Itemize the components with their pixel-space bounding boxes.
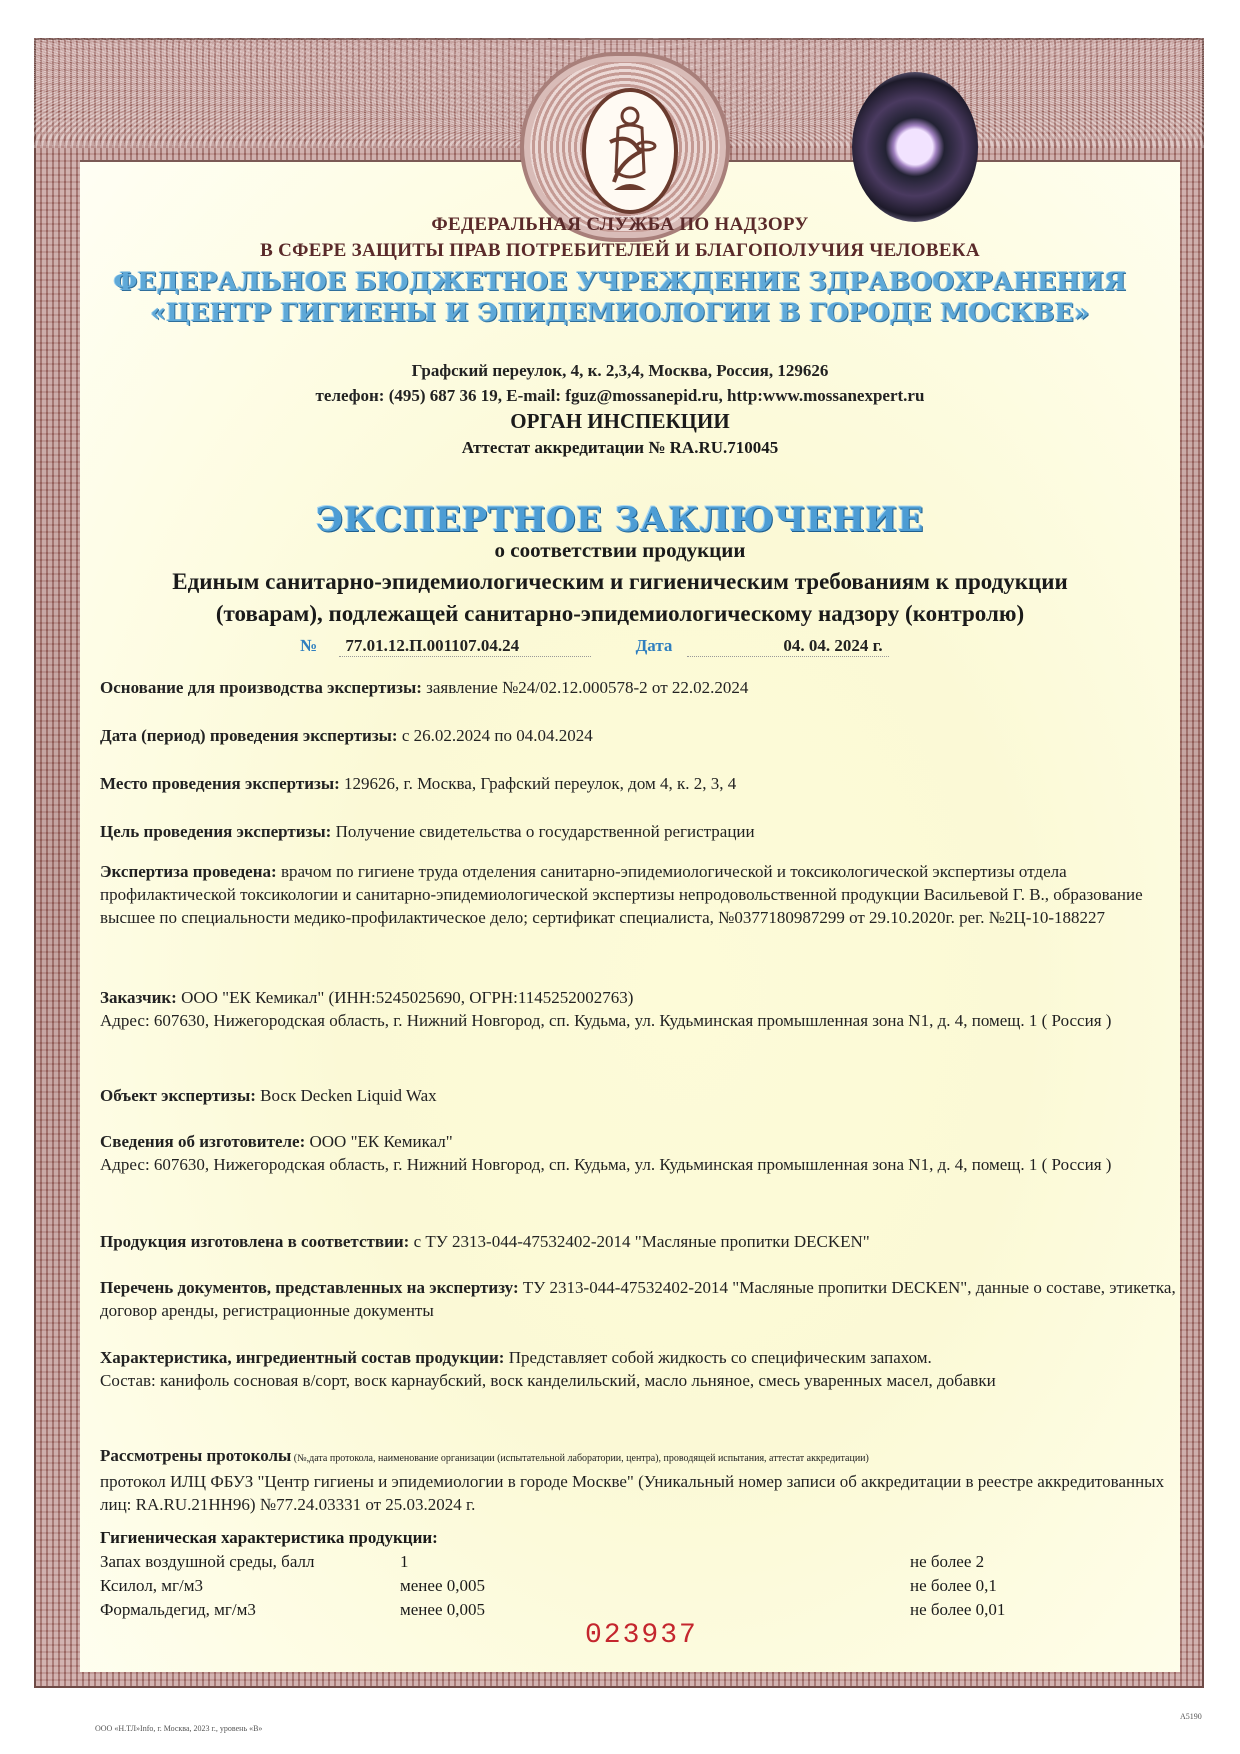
section-extra: Адрес: 607630, Нижегородская область, г.… [100,1009,1180,1032]
section-value: Получение свидетельства о государственно… [331,822,754,841]
date-label: Дата [636,636,673,655]
expertise-section: Сведения об изготовителе: ООО "ЕК Кемика… [100,1130,1180,1176]
indicator-value: менее 0,005 [400,1576,485,1596]
accreditation-number: Аттестат аккредитации № RA.RU.710045 [0,438,1240,458]
section-label: Дата (период) проведения экспертизы: [100,726,398,745]
document-subtitle: о соответствии продукции [0,538,1240,563]
indicator-name: Ксилол, мг/м3 [100,1576,203,1596]
institution-contacts: Графский переулок, 4, к. 2,3,4, Москва, … [0,358,1240,408]
hygiene-row: Ксилол, мг/м3менее 0,005не более 0,1 [100,1576,1060,1599]
expertise-section: Экспертиза проведена: врачом по гигиене … [100,860,1180,929]
indicator-norm: не более 0,1 [910,1576,997,1596]
section-label: Место проведения экспертизы: [100,774,340,793]
hologram-seal-icon [852,72,978,222]
hygiene-row: Формальдегид, мг/м3менее 0,005не более 0… [100,1600,1060,1623]
section-label: Экспертиза проведена: [100,862,277,881]
expertise-section: Характеристика, ингредиентный состав про… [100,1346,1180,1392]
section-value: заявление №24/02.12.000578-2 от 22.02.20… [422,678,748,697]
section-label: Заказчик: [100,988,177,1007]
indicator-norm: не более 0,01 [910,1600,1005,1620]
agency-line-2: В СФЕРЕ ЗАЩИТЫ ПРАВ ПОТРЕБИТЕЛЕЙ И БЛАГО… [0,238,1240,264]
section-label: Перечень документов, представленных на э… [100,1278,519,1297]
section-label: Сведения об изготовителе: [100,1132,305,1151]
indicator-name: Формальдегид, мг/м3 [100,1600,256,1620]
number-label: № [300,636,317,655]
section-value: ООО "ЕК Кемикал" [305,1132,452,1151]
indicator-name: Запах воздушной среды, балл [100,1552,314,1572]
section-label: Характеристика, ингредиентный состав про… [100,1348,504,1367]
section-value: ООО "ЕК Кемикал" (ИНН:5245025690, ОГРН:1… [177,988,634,1007]
expertise-section: Объект экспертизы: Воск Decken Liquid Wa… [100,1084,1180,1107]
expertise-section: Заказчик: ООО "ЕК Кемикал" (ИНН:52450256… [100,986,1180,1032]
expertise-section: Дата (период) проведения экспертизы: с 2… [100,724,1180,747]
inspection-body-label: ОРГАН ИНСПЕКЦИИ [0,408,1240,434]
section-extra: Состав: канифоль сосновая в/сорт, воск к… [100,1369,1180,1392]
section-label: Основание для производства экспертизы: [100,678,422,697]
section-label: Объект экспертизы: [100,1086,256,1105]
expertise-section: Продукция изготовлена в соответствии: с … [100,1230,1180,1253]
hygiene-heading: Гигиеническая характеристика продукции: [100,1528,438,1548]
institution-heading: ФЕДЕРАЛЬНОЕ БЮДЖЕТНОЕ УЧРЕЖДЕНИЕ ЗДРАВОО… [0,266,1240,328]
section-value: с 26.02.2024 по 04.04.2024 [398,726,593,745]
serial-number: 023937 [585,1620,698,1651]
section-value: Воск Decken Liquid Wax [256,1086,437,1105]
requirements-line-2: (товарам), подлежащей санитарно-эпидемио… [0,598,1240,630]
section-value: 129626, г. Москва, Графский переулок, до… [340,774,737,793]
expertise-section: Основание для производства экспертизы: з… [100,676,1180,699]
requirements-line-1: Единым санитарно-эпидемиологическим и ги… [0,566,1240,598]
institution-address: Графский переулок, 4, к. 2,3,4, Москва, … [0,358,1240,383]
expertise-section: Цель проведения экспертизы: Получение св… [100,820,1180,843]
section-label: Цель проведения экспертизы: [100,822,331,841]
document-title: ЭКСПЕРТНОЕ ЗАКЛЮЧЕНИЕ [0,500,1240,540]
institution-phone-email: телефон: (495) 687 36 19, E-mail: fguz@m… [0,383,1240,408]
section-extra: Адрес: 607630, Нижегородская область, г.… [100,1153,1180,1176]
section-extra: протокол ИЛЦ ФБУЗ "Центр гигиены и эпиде… [100,1470,1180,1516]
printer-note: ООО «Н.ТЛ»Info, г. Москва, 2023 г., уров… [95,1724,262,1733]
section-value: с ТУ 2313-044-47532402-2014 "Масляные пр… [409,1232,869,1251]
section-label: Продукция изготовлена в соответствии: [100,1232,409,1251]
section-note: (№,дата протокола, наименование организа… [291,1453,869,1464]
document-number: 77.01.12.П.001107.04.24 [339,636,591,657]
section-label: Рассмотрены протоколы [100,1446,291,1465]
expertise-section: Рассмотрены протоколы (№,дата протокола,… [100,1444,1180,1516]
hygiene-row: Запах воздушной среды, балл1не более 2 [100,1552,1060,1575]
indicator-value: менее 0,005 [400,1600,485,1620]
expertise-section: Перечень документов, представленных на э… [100,1276,1180,1322]
expertise-section: Место проведения экспертизы: 129626, г. … [100,772,1180,795]
institution-line-1: ФЕДЕРАЛЬНОЕ БЮДЖЕТНОЕ УЧРЕЖДЕНИЕ ЗДРАВОО… [0,266,1240,297]
institution-line-2: «ЦЕНТР ГИГИЕНЫ И ЭПИДЕМИОЛОГИИ В ГОРОДЕ … [0,297,1240,328]
indicator-value: 1 [400,1552,409,1572]
agency-line-1: ФЕДЕРАЛЬНАЯ СЛУЖБА ПО НАДЗОРУ [0,212,1240,238]
hygieia-emblem-icon [530,62,720,232]
document-number-line: № 77.01.12.П.001107.04.24 Дата 04. 04. 2… [300,636,889,657]
document-date: 04. 04. 2024 г. [687,636,889,657]
section-value: Представляет собой жидкость со специфиче… [504,1348,931,1367]
form-code: А5190 [1180,1712,1202,1721]
requirements-heading: Единым санитарно-эпидемиологическим и ги… [0,566,1240,630]
agency-heading: ФЕДЕРАЛЬНАЯ СЛУЖБА ПО НАДЗОРУ В СФЕРЕ ЗА… [0,212,1240,264]
indicator-norm: не более 2 [910,1552,984,1572]
